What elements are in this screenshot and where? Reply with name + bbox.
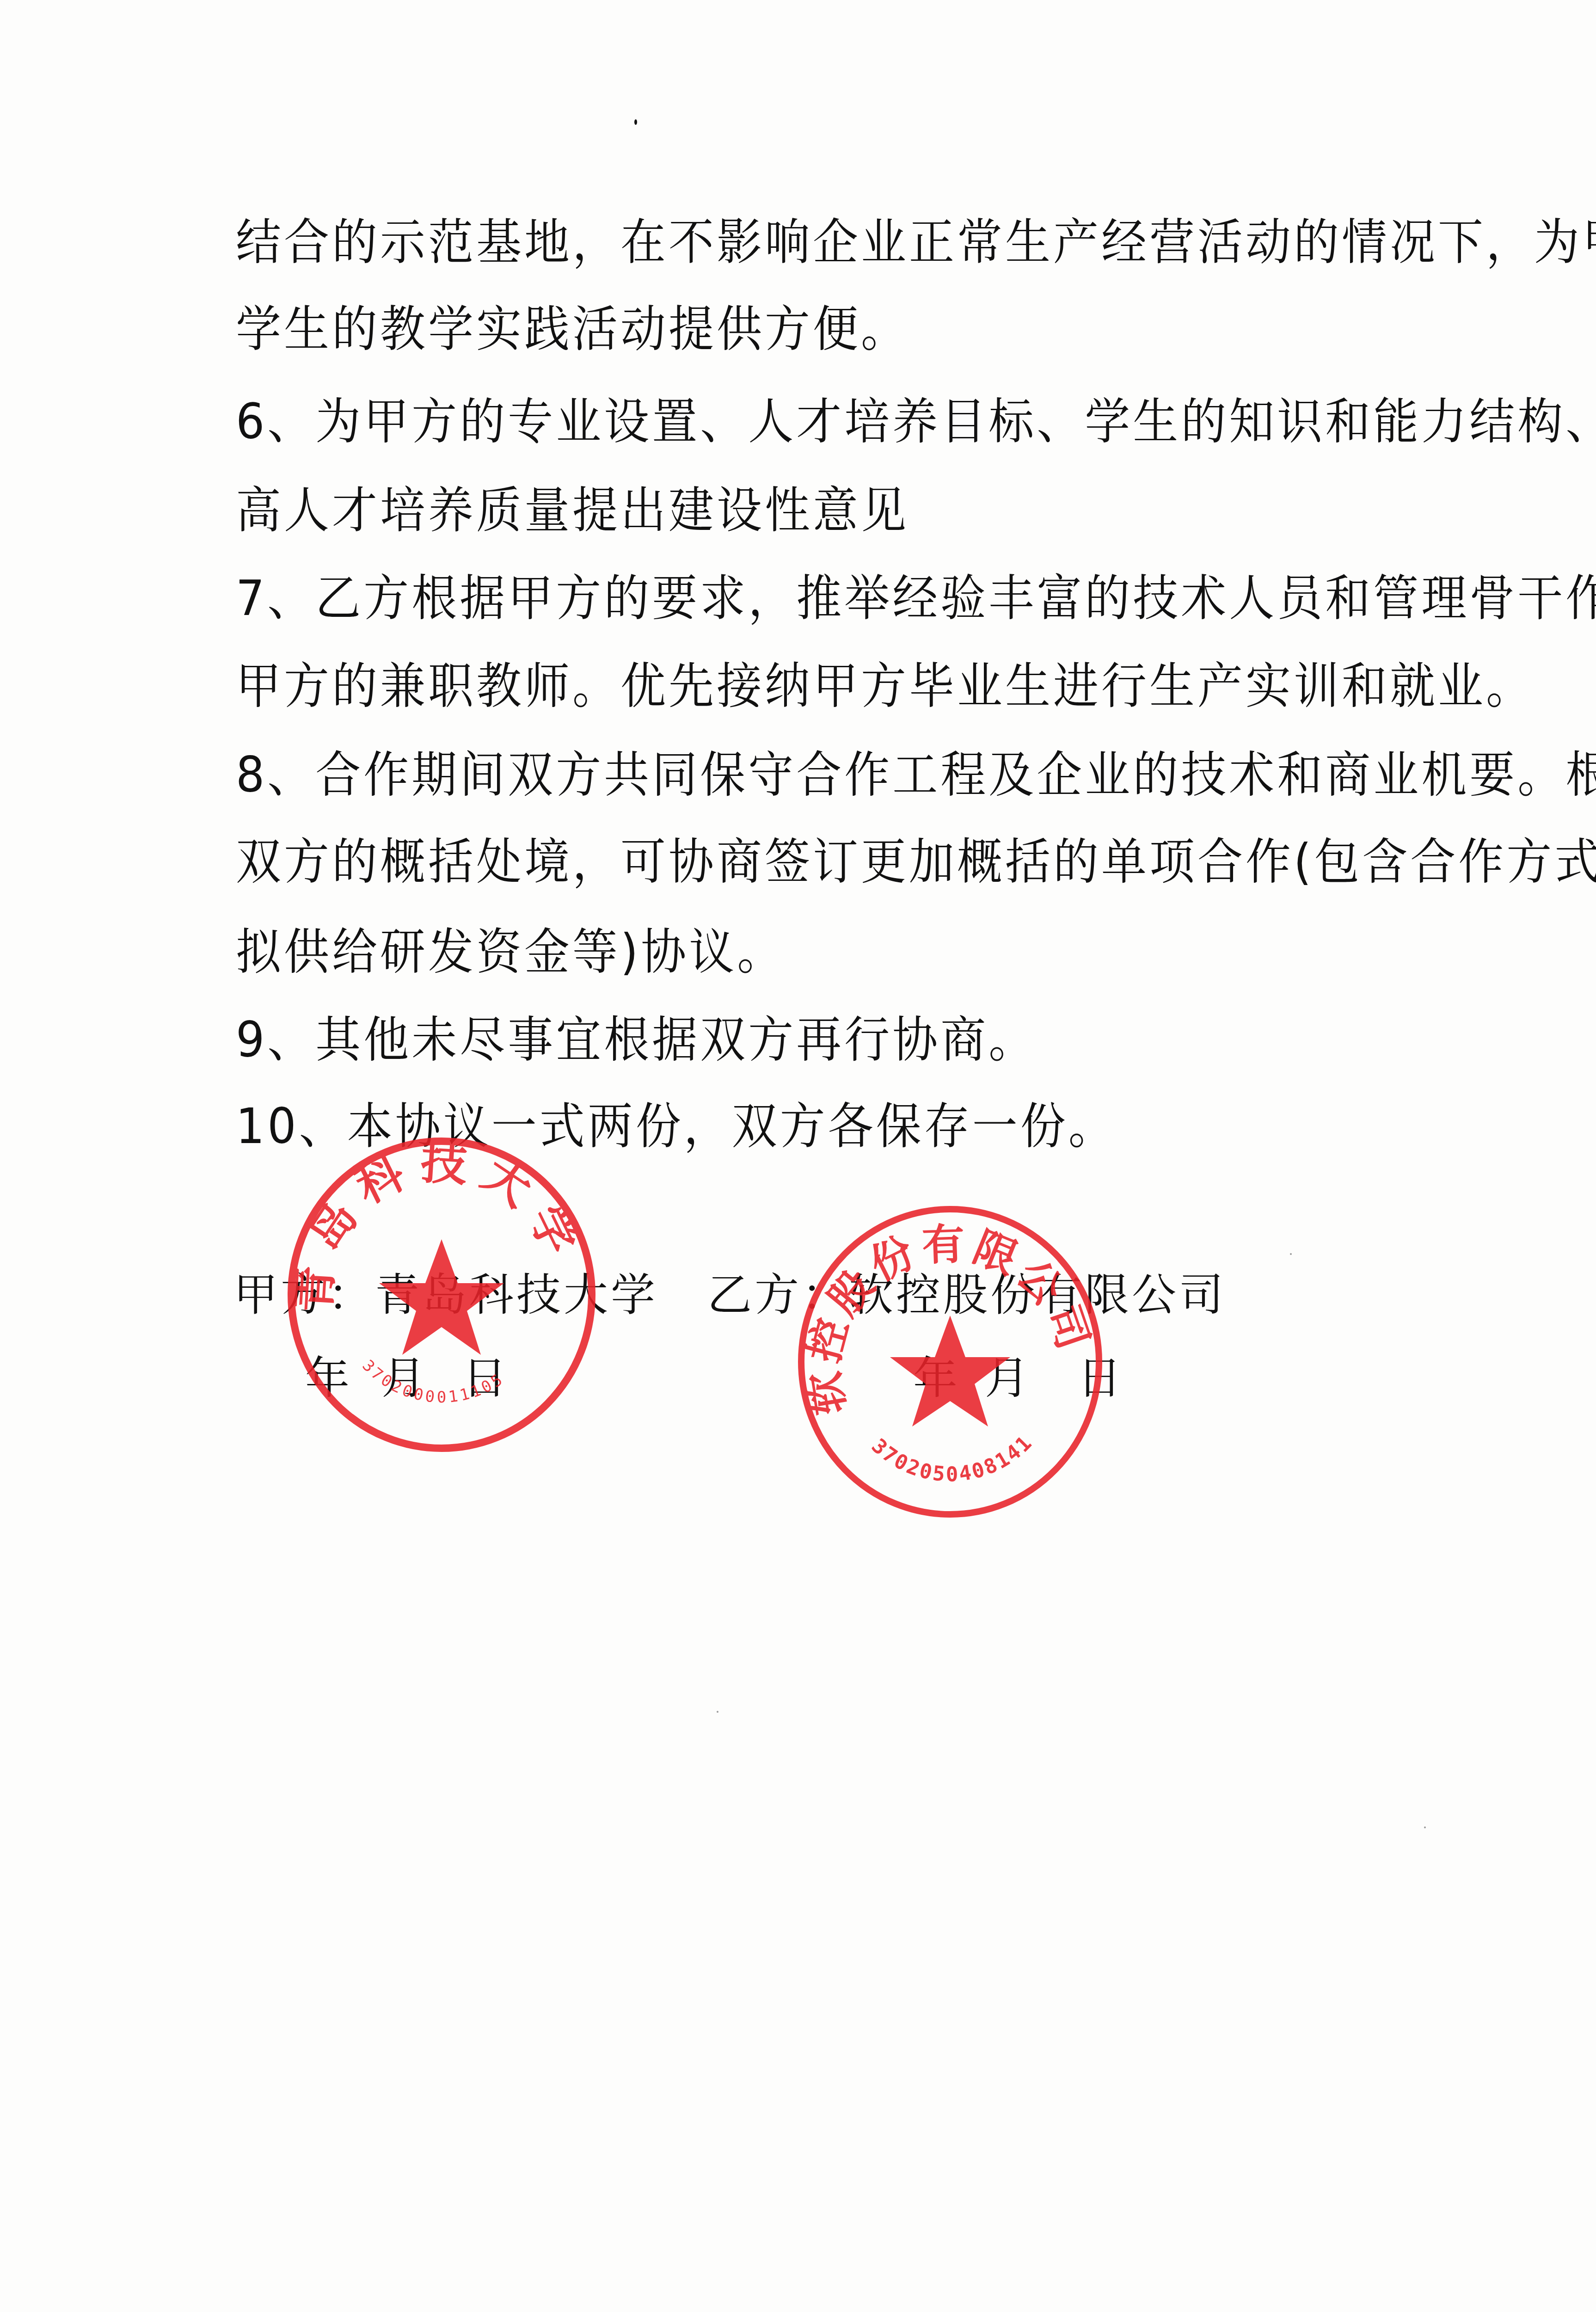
top-mark: [634, 119, 637, 125]
party-b-signature: 乙方：软控股份有限公司: [707, 1269, 1226, 1320]
paragraph-line: 学生的教学实践活动提供方便。: [236, 300, 909, 360]
scan-speck: [1290, 1253, 1292, 1255]
scan-speck: [717, 1711, 718, 1713]
party-a-date-year: 年: [305, 1353, 350, 1403]
party-b-date-month: 月: [985, 1353, 1029, 1403]
svg-text:3702050408141: 3702050408141: [867, 1430, 1037, 1486]
paragraph-line: 9、其他未尽事宜根据双方再行协商。: [236, 1010, 1037, 1070]
party-b-label: 乙方：: [707, 1269, 849, 1321]
paragraph-line: 双方的概括处境，可协商签订更加概括的单项合作(包含合作方式、: [236, 832, 1596, 892]
scan-speck: [1424, 1826, 1426, 1828]
paragraph-line: 结合的示范基地，在不影响企业正常生产经营活动的情况下，为甲方: [236, 213, 1596, 273]
paragraph-line: 10、本协议一式两份，双方各保存一份。: [236, 1097, 1117, 1157]
paragraph-line: 6、为甲方的专业设置、人才培养目标、学生的知识和能力结构、提: [236, 392, 1596, 452]
paragraph-line: 7、乙方根据甲方的要求，推举经验丰富的技术人员和管理骨干作为: [236, 569, 1596, 629]
party-a-date-month: 月: [381, 1353, 426, 1403]
party-b-date-year: 年: [913, 1353, 958, 1403]
party-a-name: 青岛科技大学: [375, 1269, 658, 1321]
party-a-label: 甲方：: [233, 1269, 375, 1321]
party-a-date-day: 日: [462, 1353, 507, 1403]
party-b-date-day: 日: [1077, 1353, 1122, 1403]
party-b-name: 软控股份有限公司: [849, 1269, 1226, 1321]
seal-b-code: 3702050408141: [867, 1430, 1037, 1486]
paragraph-line: 甲方的兼职教师。优先接纳甲方毕业生进行生产实训和就业。: [236, 657, 1534, 717]
paragraph-line: 8、合作期间双方共同保守合作工程及企业的技术和商业机要。根据: [236, 745, 1596, 806]
paragraph-line: 高人才培养质量提出建设性意见: [236, 481, 909, 541]
party-a-signature: 甲方：青岛科技大学: [233, 1269, 658, 1320]
paragraph-line: 拟供给研发资金等)协议。: [236, 922, 785, 983]
